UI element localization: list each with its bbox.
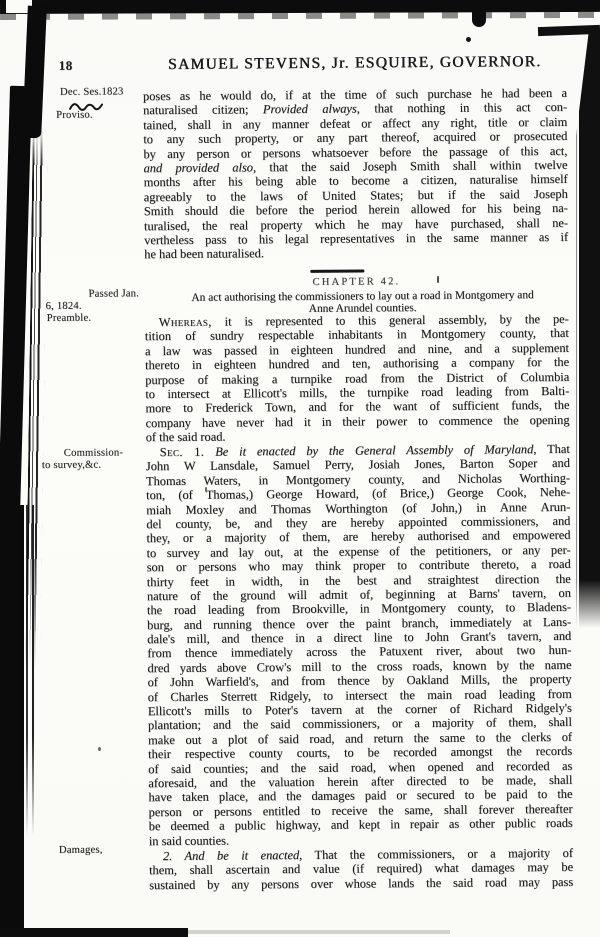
text-line: he had been naturalised. bbox=[144, 244, 568, 262]
paragraph-proviso: poses as he would do, if at the time of … bbox=[143, 86, 568, 262]
italic-phrase: and provided also bbox=[143, 160, 253, 175]
italic-phrase: 2. And be it enacted bbox=[163, 848, 299, 863]
scan-speck bbox=[205, 487, 207, 492]
text-run: company have never had it in their power… bbox=[145, 413, 569, 430]
italic-phrase: Provided always bbox=[263, 102, 357, 117]
scan-artifact-bottom-bar-faint bbox=[188, 930, 450, 934]
text-run: of the said road. bbox=[146, 430, 226, 445]
scan-speck bbox=[466, 37, 471, 42]
text-run: be deemed a public highway, and kept in … bbox=[149, 816, 573, 833]
scanned-book-page: 18 SAMUEL STEVENS, Jr. ESQUIRE, GOVERNOR… bbox=[0, 0, 600, 937]
page-content: 18 SAMUEL STEVENS, Jr. ESQUIRE, GOVERNOR… bbox=[0, 0, 600, 937]
margin-note-session-date: Dec. Ses.1823 bbox=[60, 86, 124, 97]
small-caps-phrase: Sec. 1. bbox=[160, 445, 205, 459]
text-line: sustained by any persons over whose land… bbox=[149, 875, 573, 893]
running-head-title: SAMUEL STEVENS, Jr. ESQUIRE, GOVERNOR. bbox=[143, 53, 567, 74]
paragraph-damages: 2. And be it enacted, That the commissio… bbox=[149, 846, 573, 893]
scan-artifact-gutter-lower-streaks bbox=[21, 505, 34, 835]
page-number: 18 bbox=[59, 58, 73, 74]
margin-note-damages: Damages, bbox=[59, 845, 103, 856]
paragraph-preamble: Whereas, it is represented to this gener… bbox=[145, 312, 570, 445]
text-run: , That bbox=[533, 442, 570, 456]
chapter-heading: CHAPTER 42. bbox=[144, 275, 568, 289]
margin-note-commission-line2: to survey,&c. bbox=[42, 460, 101, 471]
text-run: , that nothing in this act con- bbox=[357, 100, 567, 116]
scan-speck bbox=[160, 741, 162, 743]
scan-artifact-top-bump bbox=[472, 12, 486, 27]
scan-artifact-bottom-bar bbox=[0, 928, 188, 937]
text-run: in said counties. bbox=[149, 833, 229, 848]
section-divider-rule bbox=[310, 269, 364, 272]
paragraph-section1: Sec. 1. Be it enacted by the General Ass… bbox=[146, 442, 573, 848]
text-run: naturalised citizen; bbox=[143, 103, 263, 118]
margin-note-passed-line1: Passed Jan. bbox=[88, 288, 139, 299]
text-run: he had been naturalised. bbox=[144, 247, 264, 262]
margin-note-passed-line2: 6, 1824. bbox=[46, 301, 82, 312]
margin-note-proviso: Proviso. bbox=[56, 110, 93, 121]
small-caps-phrase: Whereas, bbox=[159, 315, 212, 329]
text-run: sustained by any persons over whose land… bbox=[149, 875, 573, 892]
scan-artifact-right-bar bbox=[576, 28, 600, 628]
scan-speck bbox=[437, 276, 439, 283]
scan-speck bbox=[98, 747, 101, 751]
text-run bbox=[204, 445, 215, 459]
scan-artifact-top-band bbox=[0, 0, 600, 14]
margin-note-preamble: Preamble. bbox=[47, 313, 92, 324]
margin-note-commission-line1: Commission- bbox=[64, 447, 123, 458]
